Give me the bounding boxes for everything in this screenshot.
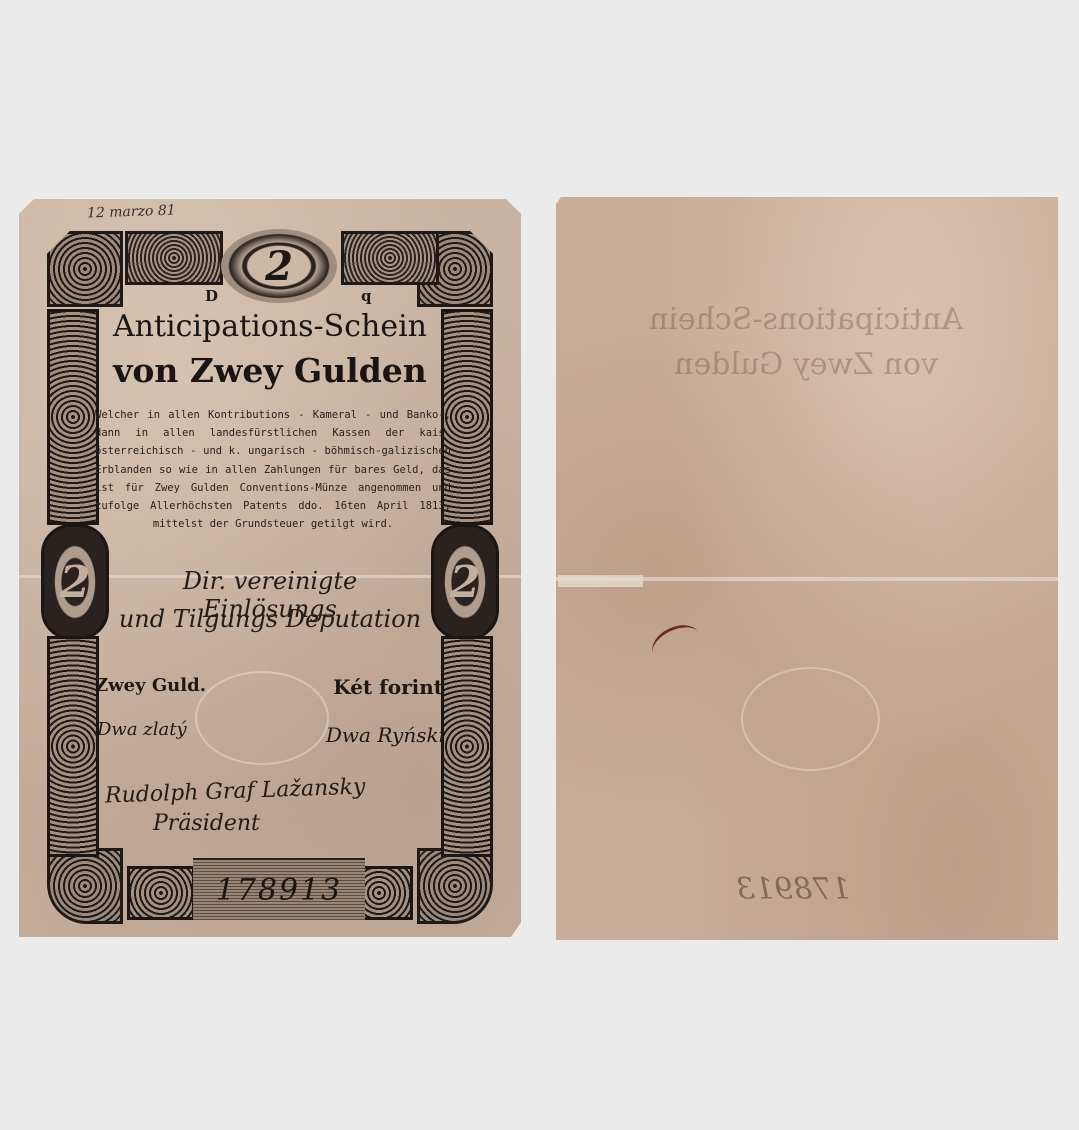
- show-through-subtitle: von Zwey Gulden: [616, 347, 996, 382]
- side-border-panel: [47, 309, 99, 525]
- denomination-numeral: 2: [265, 243, 293, 290]
- series-letter-left: D: [205, 287, 218, 305]
- signature-name: Rudolph Graf Lažansky: [105, 774, 366, 808]
- guilloche-panel: [125, 231, 223, 285]
- note-title: Anticipations-Schein: [105, 309, 435, 345]
- guilloche-panel: [341, 231, 439, 285]
- denomination-german: Zwey Guld.: [95, 675, 206, 696]
- side-border-panel: [47, 636, 99, 857]
- corner-ornament: [417, 848, 493, 924]
- ink-stain: [646, 618, 705, 669]
- ornamental-frame: 2 2 2 178913 D q Anticipations-Schein vo…: [45, 231, 495, 926]
- denomination-medallion: 2: [221, 229, 337, 303]
- series-letter-right: q: [361, 287, 372, 305]
- corner-ornament: [47, 848, 123, 924]
- guilloche-panel: [127, 866, 195, 920]
- side-border-panel: [441, 636, 493, 857]
- denomination-numeral: 2: [450, 557, 481, 608]
- embossed-seal: [741, 667, 880, 771]
- denomination-polish: Dwa Ryński: [326, 723, 445, 747]
- embossed-seal: [195, 671, 329, 765]
- serial-number-box: 178913: [193, 858, 365, 920]
- side-medallion-right: 2: [431, 524, 499, 640]
- denomination-hungarian: Két forint: [333, 675, 443, 699]
- denomination-czech: Dwa zlatý: [97, 719, 187, 740]
- signature-title: Präsident: [153, 811, 260, 836]
- show-through-title: Anticipations-Schein: [616, 302, 996, 337]
- banknote-front: 12 marzo 81 2 2 2 178913 D q Anticipatio…: [19, 199, 521, 937]
- banknote-back: Anticipations-Schein von Zwey Gulden 178…: [556, 197, 1058, 940]
- repair-tape: [558, 575, 643, 587]
- denomination-numeral: 2: [60, 557, 91, 608]
- note-subtitle: von Zwey Gulden: [105, 351, 435, 390]
- issuer-line-2: und Tilgungs Deputation: [115, 605, 425, 633]
- legal-text: Welcher in allen Kontributions - Kameral…: [95, 406, 451, 533]
- handwritten-date: 12 marzo 81: [87, 202, 176, 221]
- side-medallion-left: 2: [41, 524, 109, 640]
- show-through-serial: 178913: [736, 872, 851, 907]
- serial-number: 178913: [216, 873, 343, 908]
- corner-ornament: [47, 231, 123, 307]
